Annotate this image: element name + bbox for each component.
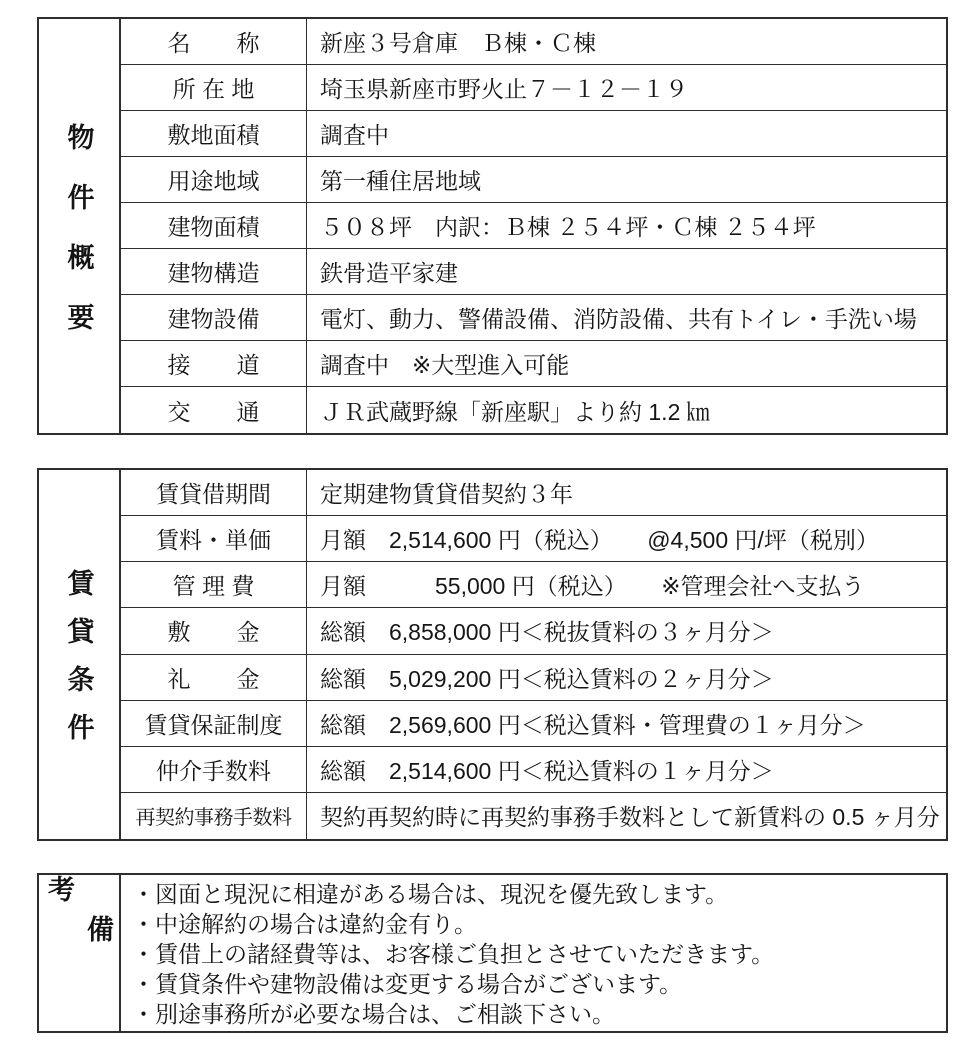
- row-label-road-access: 接 道: [121, 341, 307, 387]
- row-label-lease-term: 賃貸借期間: [121, 470, 307, 516]
- row-label-zoning: 用途地域: [121, 157, 307, 203]
- row-value-structure: 鉄骨造平家建: [307, 249, 946, 295]
- row-value-building-area: ５０８坪 内訳：Ｂ棟 ２５４坪・Ｃ棟 ２５４坪: [307, 203, 946, 249]
- row-value-zoning: 第一種住居地域: [307, 157, 946, 203]
- row-value-facilities: 電灯、動力、警備設備、消防設備、共有トイレ・手洗い場: [307, 295, 946, 341]
- row-value-road-access: 調査中 ※大型進入可能: [307, 341, 946, 387]
- row-label-rent-unit-price: 賃料・単価: [121, 516, 307, 562]
- row-value-management-fee: 月額 55,000 円（税込） ※管理会社へ支払う: [307, 562, 946, 608]
- row-value-renewal-fee: 契約再契約時に再契約事務手数料として新賃料の 0.5 ヶ月分: [307, 793, 946, 839]
- row-label-management-fee: 管 理 費: [121, 562, 307, 608]
- lease-conditions-table: 賃貸条件 賃貸借期間 定期建物賃貸借契約３年 賃料・単価 月額 2,514,60…: [37, 468, 948, 841]
- section-header-remarks: 備考: [39, 875, 121, 1033]
- row-value-guarantee-system: 総額 2,569,600 円＜税込賃料・管理費の１ヶ月分＞: [307, 701, 946, 747]
- remarks-table: 備考 ・図面と現況に相違がある場合は、現況を優先致します。 ・中途解約の場合は違…: [37, 873, 948, 1033]
- row-label-site-area: 敷地面積: [121, 111, 307, 157]
- row-label-facilities: 建物設備: [121, 295, 307, 341]
- remarks-body: ・図面と現況に相違がある場合は、現況を優先致します。 ・中途解約の場合は違約金有…: [121, 875, 946, 1033]
- row-label-transport: 交 通: [121, 387, 307, 433]
- row-value-address: 埼玉県新座市野火止７－１２－１９: [307, 65, 946, 111]
- row-label-building-area: 建物面積: [121, 203, 307, 249]
- row-label-deposit: 敷 金: [121, 608, 307, 654]
- property-overview-table: 物件概要 名 称 新座３号倉庫 Ｂ棟・Ｃ棟 所 在 地 埼玉県新座市野火止７－１…: [37, 17, 948, 435]
- section-header-property-overview: 物件概要: [39, 19, 121, 433]
- row-label-brokerage-fee: 仲介手数料: [121, 747, 307, 793]
- row-label-guarantee-system: 賃貸保証制度: [121, 701, 307, 747]
- remark-item-drawing-priority: ・図面と現況に相違がある場合は、現況を優先致します。: [132, 879, 936, 909]
- row-value-site-area: 調査中: [307, 111, 946, 157]
- remark-item-conditions-change: ・賃貸条件や建物設備は変更する場合がございます。: [132, 969, 936, 999]
- row-label-renewal-fee: 再契約事務手数料: [121, 793, 307, 839]
- row-value-lease-term: 定期建物賃貸借契約３年: [307, 470, 946, 516]
- section-header-lease-conditions: 賃貸条件: [39, 470, 121, 839]
- remark-item-office-consult: ・別途事務所が必要な場合は、ご相談下さい。: [132, 999, 936, 1029]
- row-label-address: 所 在 地: [121, 65, 307, 111]
- row-value-deposit: 総額 6,858,000 円＜税抜賃料の３ヶ月分＞: [307, 608, 946, 654]
- row-value-transport: ＪＲ武蔵野線「新座駅」より約 1.2 ㎞: [307, 387, 946, 433]
- row-value-name: 新座３号倉庫 Ｂ棟・Ｃ棟: [307, 19, 946, 65]
- row-label-name: 名 称: [121, 19, 307, 65]
- row-label-structure: 建物構造: [121, 249, 307, 295]
- row-value-key-money: 総額 5,029,200 円＜税込賃料の２ヶ月分＞: [307, 655, 946, 701]
- row-label-key-money: 礼 金: [121, 655, 307, 701]
- row-value-brokerage-fee: 総額 2,514,600 円＜税込賃料の１ヶ月分＞: [307, 747, 946, 793]
- remark-item-early-termination: ・中途解約の場合は違約金有り。: [132, 909, 936, 939]
- remark-item-tenant-expenses: ・賃借上の諸経費等は、お客様ご負担とさせていただきます。: [132, 939, 936, 969]
- row-value-rent-unit-price: 月額 2,514,600 円（税込） @4,500 円/坪（税別）: [307, 516, 946, 562]
